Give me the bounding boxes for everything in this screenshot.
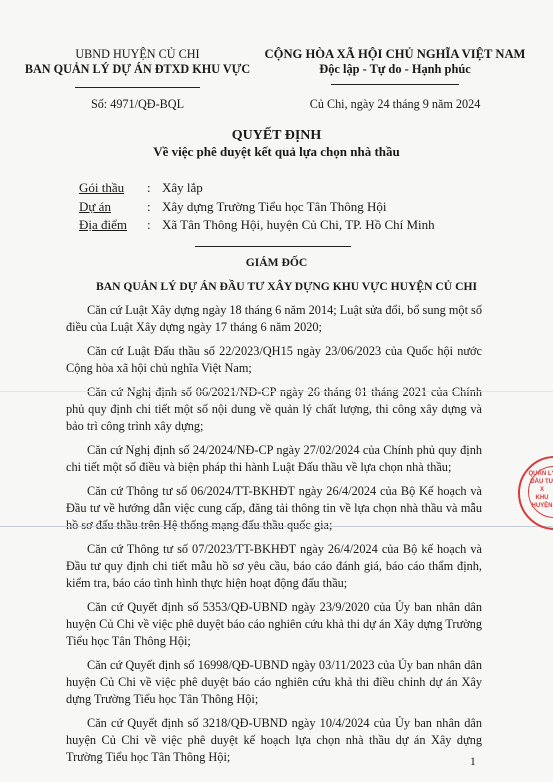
national-motto: Độc lập - Tự do - Hạnh phúc [250,62,540,77]
paragraph: Căn cứ Quyết định số 5353/QĐ-UBND ngày 2… [66,599,482,650]
motto-divider [331,84,459,85]
info-row: Dự án : Xây dựng Trường Tiểu học Tân Thô… [79,198,435,217]
page-number: 1 [470,756,476,768]
issuing-agency-block: UBND HUYỆN CỦ CHI BAN QUẢN LÝ DỰ ÁN ĐTXD… [20,47,255,112]
document-title: QUYẾT ĐỊNH [0,128,553,144]
agency-divider [75,87,200,88]
info-label: Địa điểm [79,216,147,235]
info-value: Xây dựng Trường Tiểu học Tân Thông Hội [162,198,387,217]
agency-parent: UBND HUYỆN CỦ CHI [20,47,255,62]
info-value: Xã Tân Thông Hội, huyện Củ Chi, TP. Hồ C… [162,216,435,235]
paragraph: Căn cứ Quyết định số 3218/QĐ-UBND ngày 1… [66,715,482,766]
seal-text: QUẢN LÝ ĐẦU TƯ X KHU HUYỆN [528,470,553,510]
authority-title: GIÁM ĐỐC [0,256,553,269]
info-value: Xây lắp [162,179,203,198]
document-number: Số: 4971/QĐ-BQL [20,97,255,112]
authority-org: BAN QUẢN LÝ DỰ ÁN ĐẦU TƯ XÂY DỰNG KHU VỰ… [10,280,553,293]
info-row: Địa điểm : Xã Tân Thông Hội, huyện Củ Ch… [79,216,435,235]
legal-basis: Căn cứ Luật Xây dựng ngày 18 tháng 6 năm… [66,302,482,773]
scan-crease [0,526,553,527]
info-row: Gói thầu : Xây lắp [79,179,435,198]
agency-name: BAN QUẢN LÝ DỰ ÁN ĐTXD KHU VỰC [20,62,255,77]
document-page: UBND HUYỆN CỦ CHI BAN QUẢN LÝ DỰ ÁN ĐTXD… [0,0,553,782]
paragraph: Căn cứ Thông tư số 07/2023/TT-BKHĐT ngày… [66,541,482,592]
national-title: CỘNG HÒA XÃ HỘI CHỦ NGHĨA VIỆT NAM [250,47,540,62]
paragraph: Căn cứ Luật Đấu thầu số 22/2023/QH15 ngà… [66,343,482,377]
document-subtitle: Về việc phê duyệt kết quả lựa chọn nhà t… [0,144,553,160]
scan-crease [0,391,553,392]
national-header-block: CỘNG HÒA XÃ HỘI CHỦ NGHĨA VIỆT NAM Độc l… [250,47,540,112]
document-date: Củ Chi, ngày 24 tháng 9 năm 2024 [250,97,540,112]
info-table: Gói thầu : Xây lắp Dự án : Xây dựng Trườ… [79,179,435,235]
paragraph: Căn cứ Nghị định số 24/2024/NĐ-CP ngày 2… [66,442,482,476]
section-divider [195,246,351,247]
info-label: Dự án [79,198,147,217]
paragraph: Căn cứ Luật Xây dựng ngày 18 tháng 6 năm… [66,302,482,336]
paragraph: Căn cứ Quyết định số 16998/QĐ-UBND ngày … [66,657,482,708]
info-label: Gói thầu [79,179,147,198]
